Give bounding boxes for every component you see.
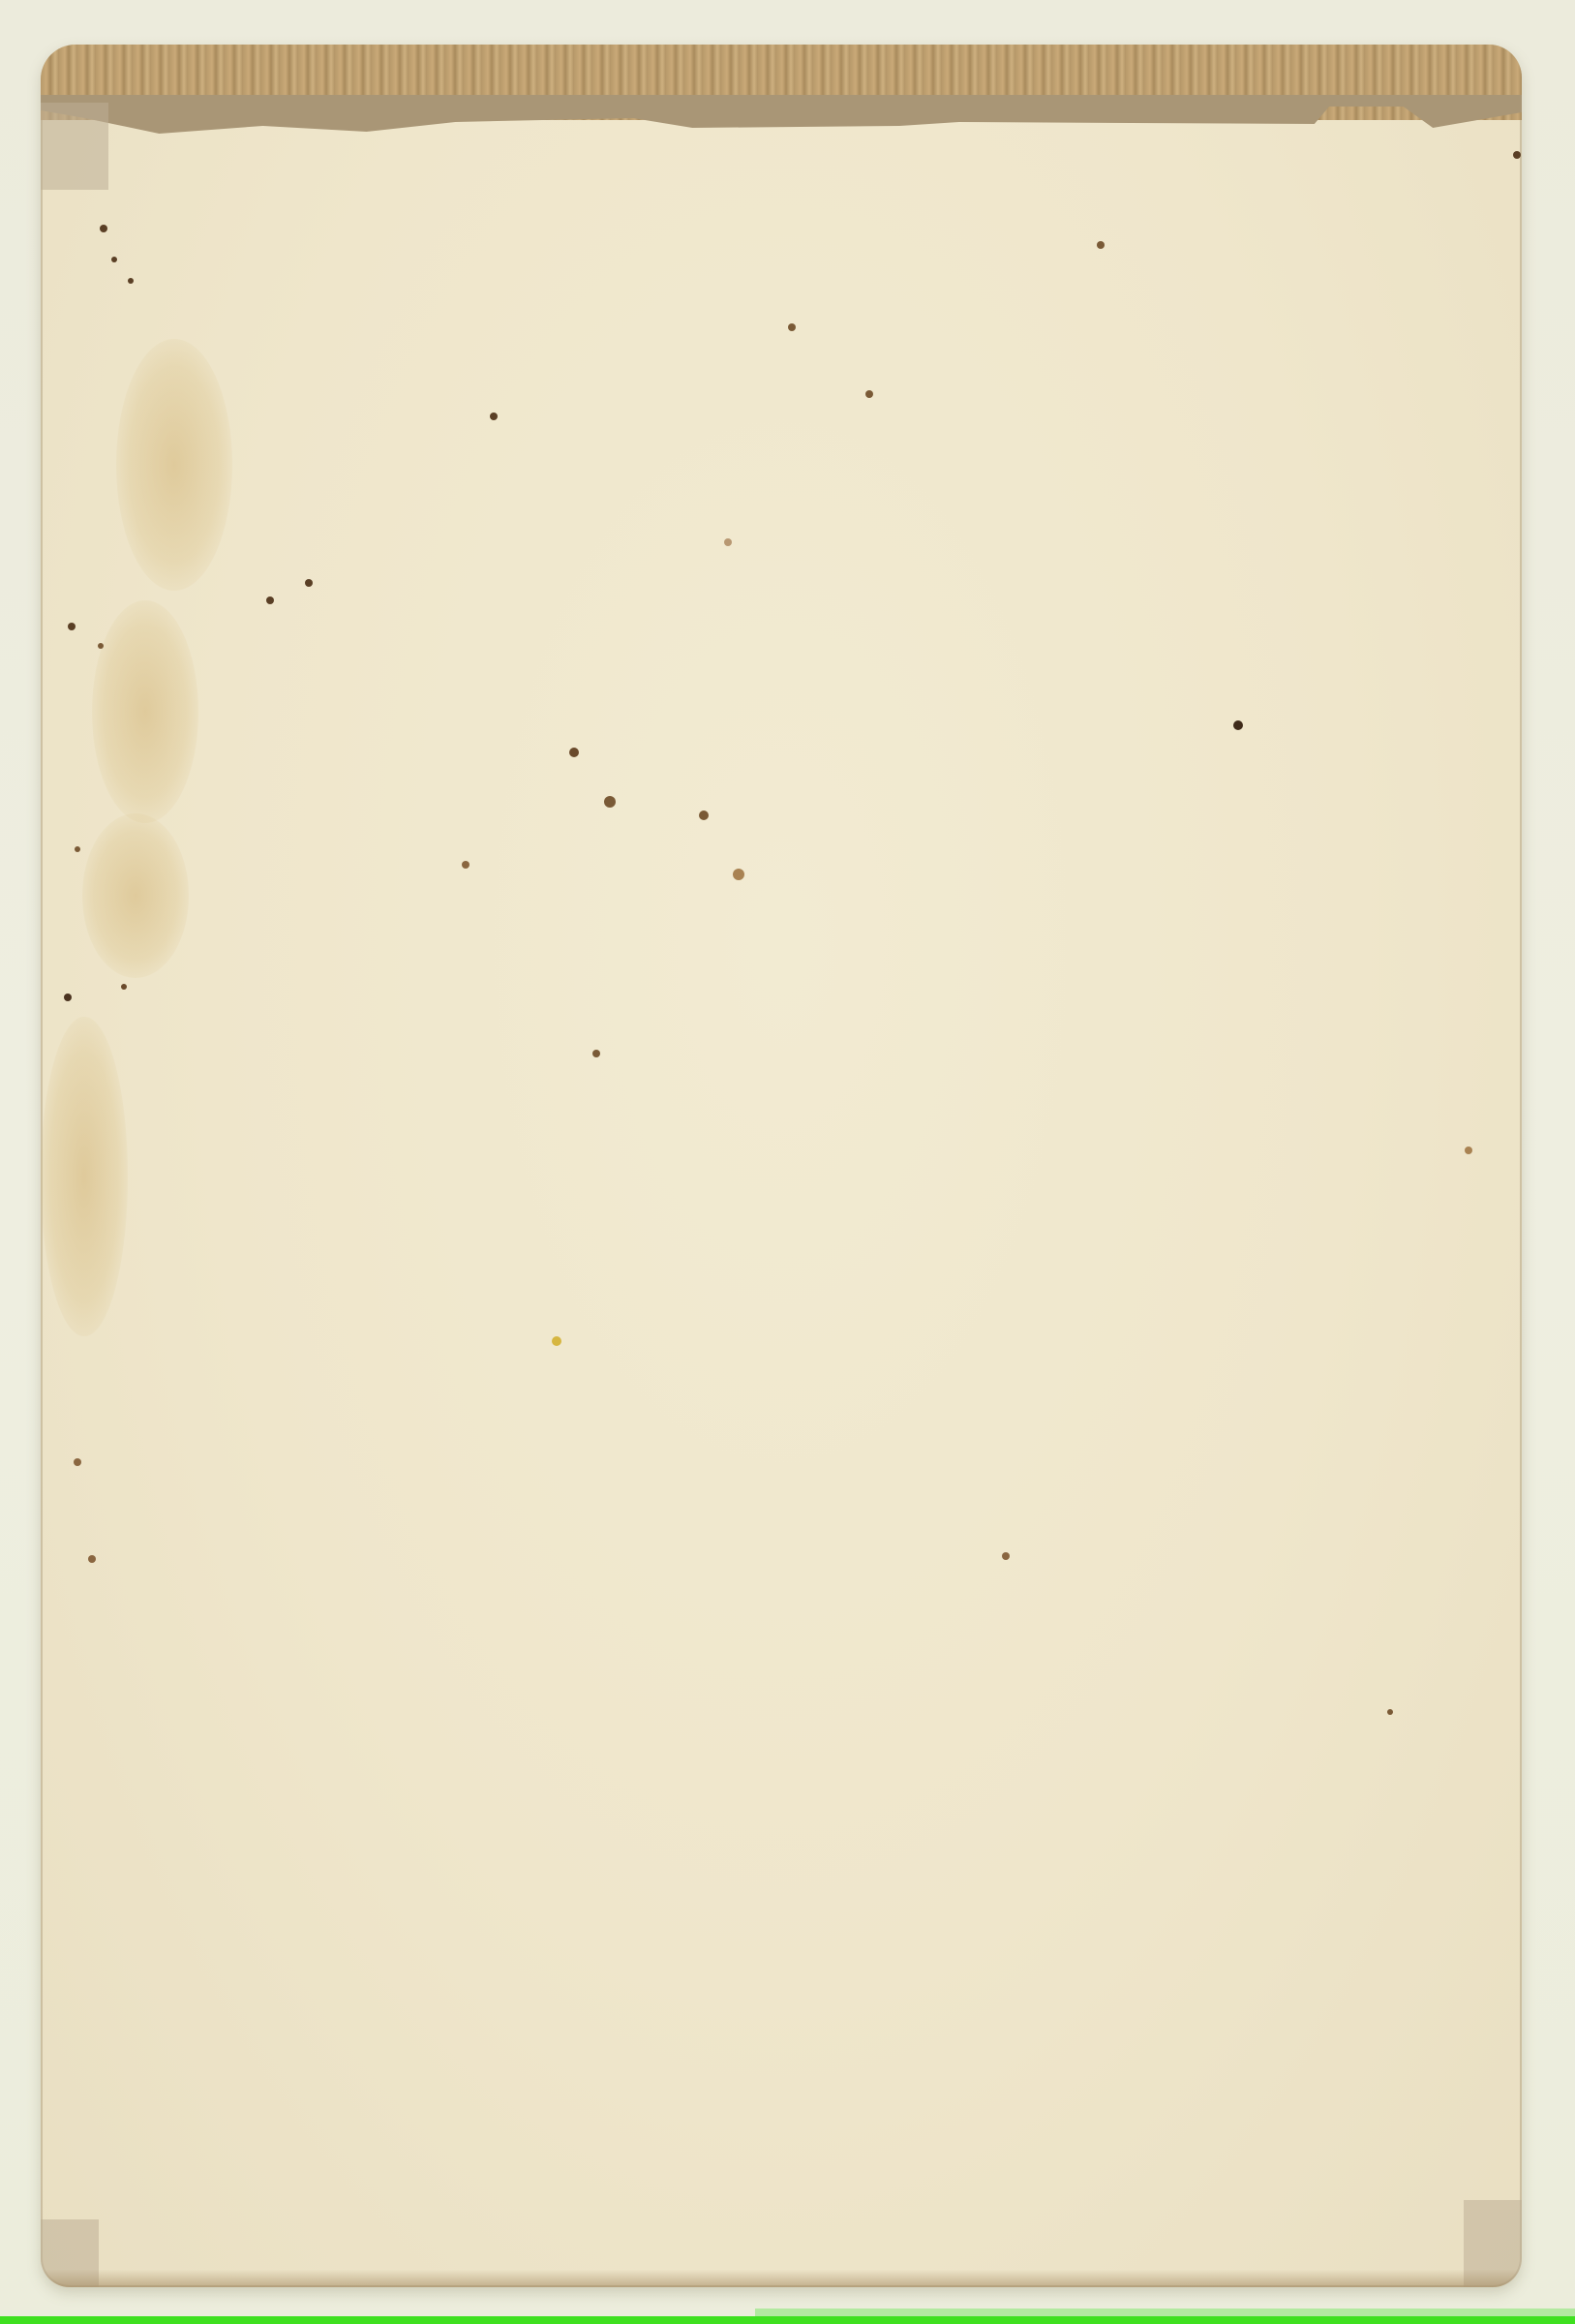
foxing-spot [733,869,744,880]
foxing-spot [1387,1709,1393,1715]
foxing-spot [592,1050,600,1057]
foxing-spot [1465,1147,1472,1154]
foxing-spot [74,1458,81,1466]
foxing-spot [788,323,796,331]
water-stain [92,600,198,823]
water-stain [82,813,189,978]
foxing-spot [724,538,732,546]
foxing-spot [305,579,313,587]
foxing-spot [128,278,134,284]
foxing-spot [604,796,616,808]
water-stain [41,1017,128,1336]
bottom-bar-highlight [755,2309,1575,2316]
foxing-spot [88,1555,96,1563]
foxing-spot [699,810,709,820]
foxing-spot [111,257,117,262]
foxing-spot [865,390,873,398]
foxing-spot [121,984,127,990]
foxing-spot [1097,241,1105,249]
foxing-spot [569,748,579,757]
foxing-spot [68,623,76,630]
water-stain [116,339,232,591]
worn-bottom-edge [41,2270,1522,2287]
worn-corner-top-left [41,103,108,190]
foxing-spot [75,846,80,852]
foxing-spot [100,225,107,232]
foxing-spot [266,596,274,604]
foxing-spot [552,1336,561,1346]
aged-card [41,45,1522,2287]
foxing-spot [98,643,104,649]
foxing-spot [462,861,469,869]
foxing-spot [64,994,72,1001]
foxing-spot [490,413,498,420]
foxing-spot [1233,720,1243,730]
foxing-spot [1513,151,1521,159]
bottom-color-bar [0,2316,1575,2324]
foxing-spot [1002,1552,1010,1560]
torn-paper-edge [41,95,1522,134]
